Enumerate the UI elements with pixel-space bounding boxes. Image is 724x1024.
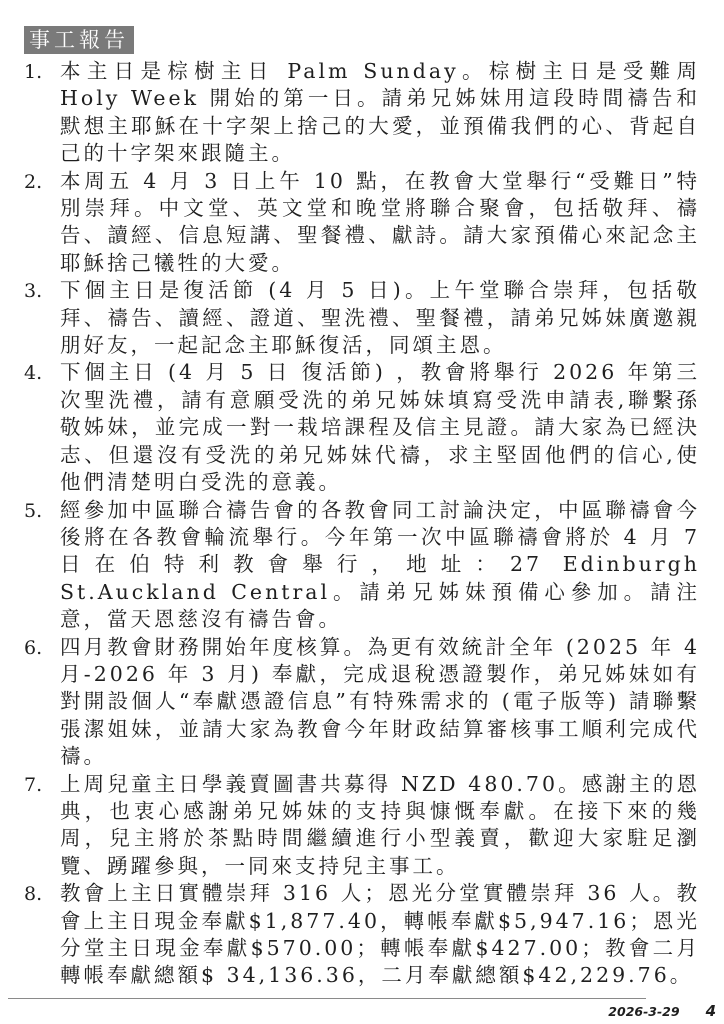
item-text: 教會上主日實體崇拜 316 人；恩光分堂實體崇拜 36 人。教會上主日現金奉獻$… (60, 880, 700, 990)
item-text: 本主日是棕樹主日 Palm Sunday。棕樹主日是受難周 Holy Week … (60, 58, 700, 168)
report-item: 4.下個主日 (4 月 5 日 復活節) ，教會將舉行 2026 年第三次聖洗禮… (24, 359, 700, 496)
report-item: 7.上周兒童主日學義賣圖書共募得 NZD 480.70。感謝主的恩典，也衷心感謝… (24, 771, 700, 881)
report-item: 6.四月教會財務開始年度核算。為更有效統計全年 (2025 年 4 月-2026… (24, 634, 700, 771)
footer-divider (8, 998, 646, 999)
item-text: 上周兒童主日學義賣圖書共募得 NZD 480.70。感謝主的恩典，也衷心感謝弟兄… (60, 771, 700, 881)
report-item: 3.下個主日是復活節 (4 月 5 日)。上午堂聯合崇拜，包括敬拜、禱告、讀經、… (24, 277, 700, 359)
report-item: 8.教會上主日實體崇拜 316 人；恩光分堂實體崇拜 36 人。教會上主日現金奉… (24, 880, 700, 990)
report-item: 2.本周五 4 月 3 日上午 10 點，在教會大堂舉行“受難日”特別崇拜。中文… (24, 168, 700, 278)
item-number: 6. (24, 634, 60, 662)
item-text: 經參加中區聯合禱告會的各教會同工討論決定，中區聯禱會今後將在各教會輪流舉行。今年… (60, 497, 700, 634)
item-text: 下個主日是復活節 (4 月 5 日)。上午堂聯合崇拜，包括敬拜、禱告、讀經、證道… (60, 277, 700, 359)
item-text: 四月教會財務開始年度核算。為更有效統計全年 (2025 年 4 月-2026 年… (60, 634, 700, 771)
item-number: 2. (24, 168, 60, 196)
item-number: 8. (24, 880, 60, 908)
page-number: 4 (706, 1002, 716, 1020)
item-number: 3. (24, 277, 60, 305)
item-number: 4. (24, 359, 60, 387)
item-text: 本周五 4 月 3 日上午 10 點，在教會大堂舉行“受難日”特別崇拜。中文堂、… (60, 168, 700, 278)
item-number: 1. (24, 58, 60, 86)
report-item: 5.經參加中區聯合禱告會的各教會同工討論決定，中區聯禱會今後將在各教會輪流舉行。… (24, 497, 700, 634)
footer-date: 2026-3-29 (608, 1004, 679, 1019)
footer-meta: 2026-3-294 (608, 1001, 716, 1020)
item-number: 5. (24, 497, 60, 525)
page-footer: 2026-3-294 (8, 998, 716, 1020)
report-item: 1.本主日是棕樹主日 Palm Sunday。棕樹主日是受難周 Holy Wee… (24, 58, 700, 168)
bulletin-page: 事工報告 1.本主日是棕樹主日 Palm Sunday。棕樹主日是受難周 Hol… (0, 0, 724, 1024)
report-list: 1.本主日是棕樹主日 Palm Sunday。棕樹主日是受難周 Holy Wee… (24, 58, 700, 990)
item-number: 7. (24, 771, 60, 799)
section-title: 事工報告 (24, 26, 134, 54)
item-text: 下個主日 (4 月 5 日 復活節) ，教會將舉行 2026 年第三次聖洗禮，請… (60, 359, 700, 496)
